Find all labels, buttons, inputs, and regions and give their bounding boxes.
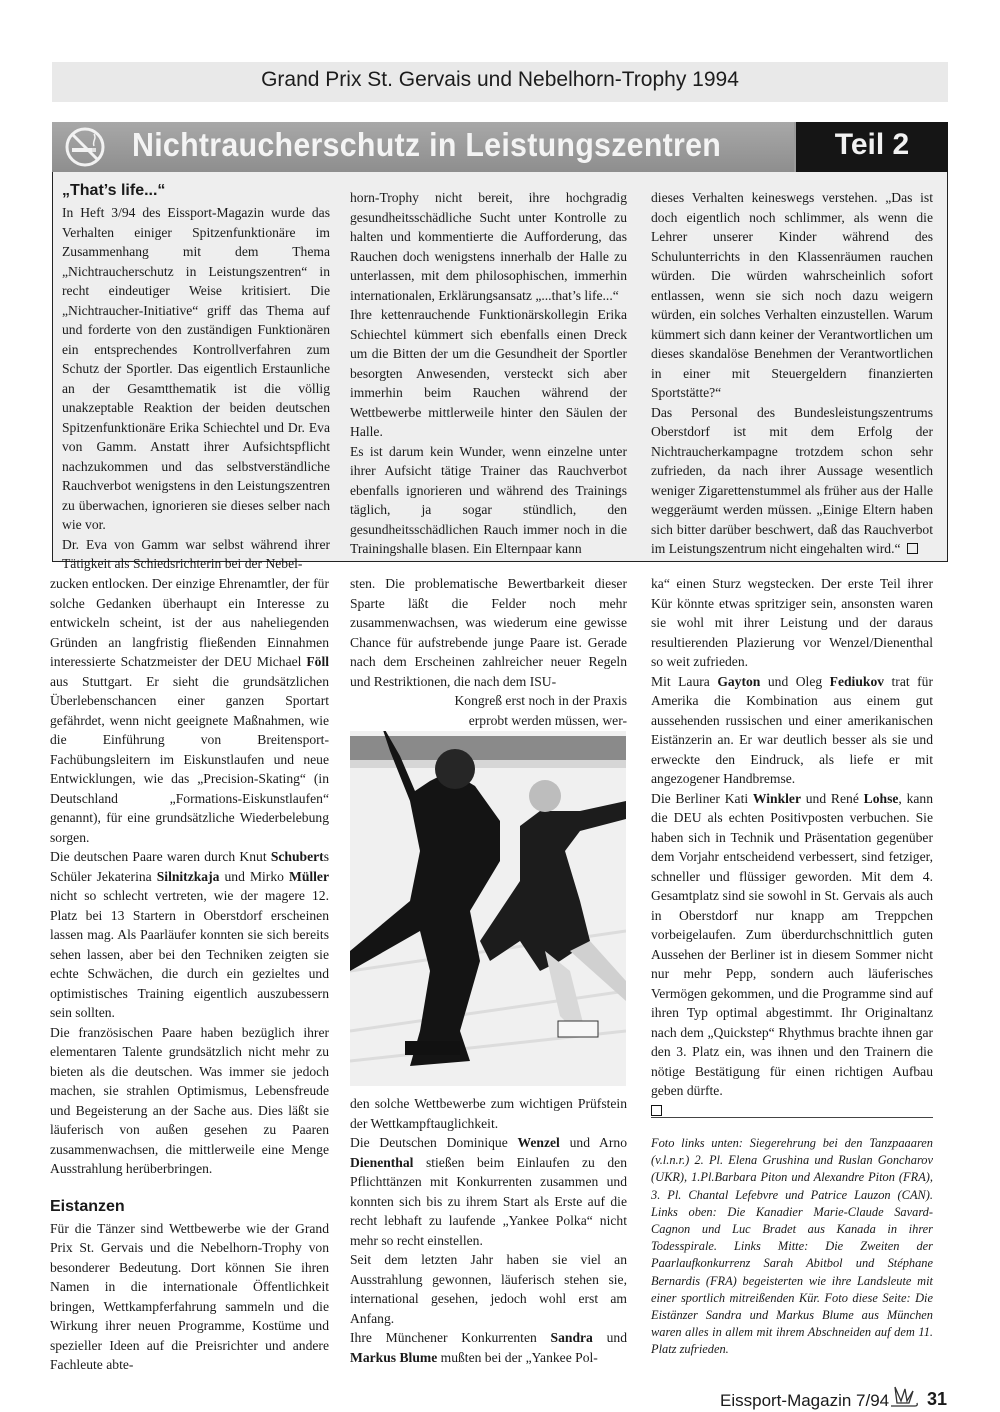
paragraph-indented: Kongreß erst noch in der Praxis erprobt … — [350, 691, 627, 730]
paragraph: Ihre kettenrauchende Funktionärskollegin… — [350, 305, 627, 442]
name-bold: Sandra — [551, 1330, 593, 1345]
end-mark-icon — [907, 543, 918, 554]
photo-caption: Foto links unten: Siegerehrung bei den T… — [651, 1135, 933, 1359]
text: trat für Amerika die Kombination aus ein… — [651, 674, 933, 787]
paragraph: Für die Tänzer sind Wettbewerbe wie der … — [50, 1219, 329, 1375]
name-bold: Winkler — [753, 791, 801, 806]
end-mark-icon — [651, 1105, 662, 1116]
skate-logo-icon — [885, 1383, 921, 1411]
box-column-1: „That’s life...“ In Heft 3/94 des Eisspo… — [62, 180, 330, 574]
text: zucken entlocken. Der einzige Ehrenamtle… — [50, 576, 329, 669]
text: Die Berliner Kati — [651, 791, 753, 806]
photo-ice-dancers — [350, 731, 626, 1086]
text: , kann die DEU als echten Positivposten … — [651, 791, 933, 1099]
paragraph: Die französischen Paare haben bezüglich … — [50, 1023, 329, 1179]
name-bold: Markus Blume — [350, 1350, 437, 1365]
text: Mit Laura — [651, 674, 717, 689]
banner-title-area: Nichtraucherschutz in Leistungszentren — [52, 122, 794, 172]
text: mußten bei der „Yankee Pol- — [437, 1350, 598, 1365]
paragraph: Es ist darum kein Wunder, wenn einzelne … — [350, 442, 627, 559]
page-kicker: Grand Prix St. Gervais und Nebelhorn-Tro… — [52, 68, 948, 92]
paragraph: zucken entlocken. Der einzige Ehrenamtle… — [50, 574, 329, 847]
paragraph: In Heft 3/94 des Eissport-Magazin wurde … — [62, 203, 330, 535]
paragraph: dieses Verhalten keineswegs verstehen. „… — [651, 188, 933, 403]
text: Die Deutschen Dominique — [350, 1135, 518, 1150]
name-bold: Gayton — [717, 674, 760, 689]
paragraph: Ihre Münchener Konkurrenten Sandra und M… — [350, 1328, 627, 1367]
text: und Oleg — [760, 674, 829, 689]
text: und Mirko — [219, 869, 289, 884]
name-bold: Wenzel — [518, 1135, 560, 1150]
paragraph: ka“ einen Sturz wegstecken. Der erste Te… — [651, 574, 933, 672]
part-label: Teil 2 — [796, 128, 948, 162]
paragraph: Die Deutschen Dominique Wenzel und Arno … — [350, 1133, 627, 1250]
paragraph: Mit Laura Gayton und Oleg Fediukov trat … — [651, 672, 933, 789]
no-smoking-icon — [64, 126, 106, 168]
paragraph-text: Das Personal des Bundesleistungszentrums… — [651, 405, 933, 557]
name-bold: Schubert — [271, 849, 324, 864]
article-title: Nichtraucherschutz in Leistungszentren — [132, 126, 721, 164]
text: Ihre Münchener Konkurrenten — [350, 1330, 551, 1345]
box-column-3: dieses Verhalten keineswegs verstehen. „… — [651, 188, 933, 559]
main-column-1: zucken entlocken. Der einzige Ehrenamtle… — [50, 574, 329, 1375]
main-column-2-continued: den solche Wettbewerbe zum wichtigen Prü… — [350, 1094, 627, 1367]
paragraph: Die deutschen Paare waren durch Knut Sch… — [50, 847, 329, 1023]
article-banner: Nichtraucherschutz in Leistungszentren T… — [52, 122, 948, 172]
section-heading-eistanzen: Eistanzen — [50, 1196, 329, 1218]
part-label-area: Teil 2 — [796, 122, 948, 172]
paragraph: Die Berliner Kati Winkler und René Lohse… — [651, 789, 933, 1101]
box-subhead: „That’s life...“ — [62, 180, 330, 202]
name-bold: Föll — [306, 654, 329, 669]
text: nicht so schlecht vertreten, wie der mag… — [50, 888, 329, 1020]
paragraph: Dr. Eva von Gamm war selbst während ihre… — [62, 535, 330, 574]
text: Die deutschen Paare waren durch Knut — [50, 849, 271, 864]
main-column-2: sten. Die problematische Bewertbarkeit d… — [350, 574, 627, 730]
name-bold: Lohse — [864, 791, 899, 806]
name-bold: Silnitzkaja — [157, 869, 220, 884]
name-bold: Dienenthal — [350, 1155, 413, 1170]
paragraph: Seit dem letzten Jahr haben sie viel an … — [350, 1250, 627, 1328]
caption-divider — [651, 1117, 933, 1118]
text: aus Stuttgart. Er sieht die grundsätzlic… — [50, 674, 329, 845]
name-bold: Fediukov — [830, 674, 884, 689]
paragraph: sten. Die problematische Bewertbarkeit d… — [350, 574, 627, 691]
paragraph: den solche Wettbewerbe zum wichtigen Prü… — [350, 1094, 627, 1133]
main-column-3: ka“ einen Sturz wegstecken. Der erste Te… — [651, 574, 933, 1120]
box-column-2: horn-Trophy nicht bereit, ihre hochgradi… — [350, 188, 627, 559]
paragraph: horn-Trophy nicht bereit, ihre hochgradi… — [350, 188, 627, 305]
paragraph: Das Personal des Bundesleistungszentrums… — [651, 403, 933, 559]
page-number: 31 — [927, 1389, 947, 1410]
name-bold: Müller — [289, 869, 329, 884]
text: und Arno — [560, 1135, 627, 1150]
footer-magazine: Eissport-Magazin 7/94 — [720, 1391, 889, 1411]
ice-dancers-photo — [350, 731, 626, 1086]
text: und René — [801, 791, 864, 806]
text: und — [593, 1330, 627, 1345]
